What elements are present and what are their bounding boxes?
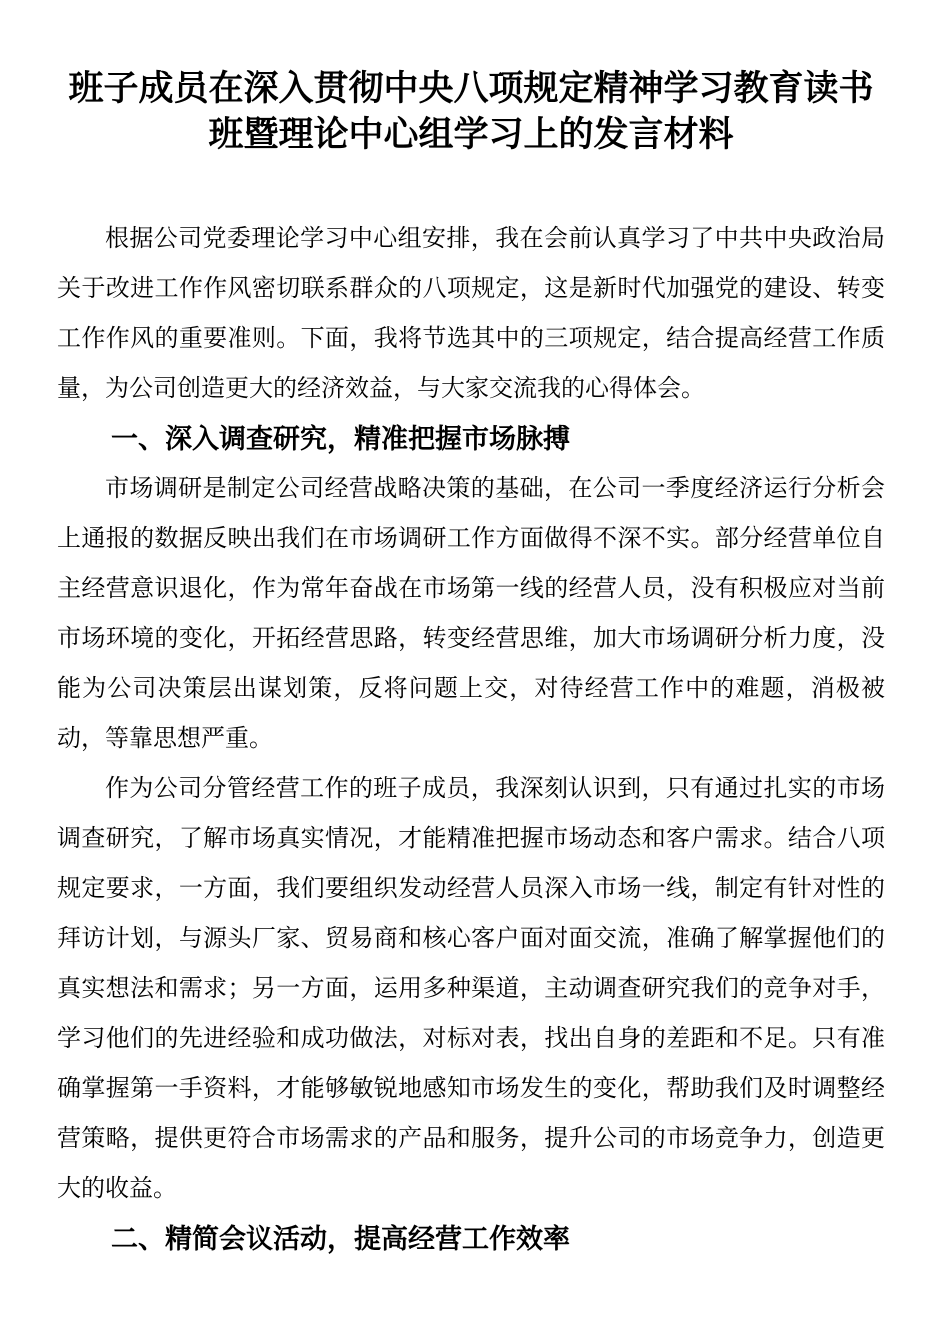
section-heading: 一、深入调查研究，精准把握市场脉搏 (57, 414, 885, 464)
paragraph: 作为公司分管经营工作的班子成员，我深刻认识到，只有通过扎实的市场调查研究，了解市… (57, 764, 885, 1214)
section-heading: 二、精简会议活动，提高经营工作效率 (57, 1214, 885, 1264)
document-title: 班子成员在深入贯彻中央八项规定精神学习教育读书班暨理论中心组学习上的发言材料 (57, 66, 885, 158)
paragraph: 根据公司党委理论学习中心组安排，我在会前认真学习了中共中央政治局关于改进工作作风… (57, 214, 885, 414)
document-page: 班子成员在深入贯彻中央八项规定精神学习教育读书班暨理论中心组学习上的发言材料 根… (0, 0, 950, 1344)
paragraph: 市场调研是制定公司经营战略决策的基础，在公司一季度经济运行分析会上通报的数据反映… (57, 464, 885, 764)
document-body: 根据公司党委理论学习中心组安排，我在会前认真学习了中共中央政治局关于改进工作作风… (57, 214, 885, 1264)
